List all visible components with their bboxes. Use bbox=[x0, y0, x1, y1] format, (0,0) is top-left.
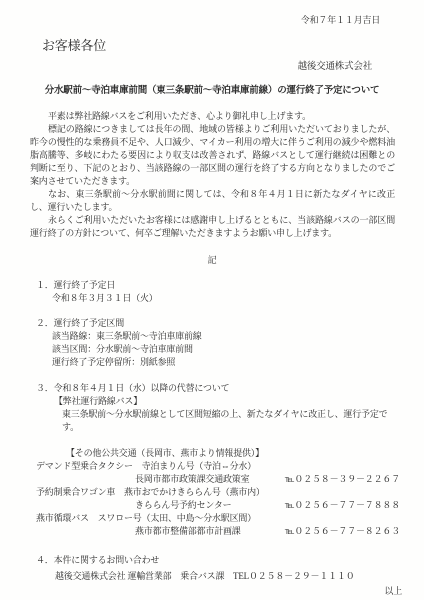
doc-date: 令和７年１１月吉日 bbox=[0, 0, 424, 27]
paragraph-thanks: 永らくご利用いただいたお客様には感謝申し上げるとともに、当該路線バスの一部区間運… bbox=[30, 214, 395, 240]
provider-service: 燕市循環バス スワロー号（太田、中島～分水駅区間） bbox=[36, 512, 400, 525]
closing-mark: 以上 bbox=[0, 585, 424, 598]
provider-office: 燕市都市整備部都市計画課 bbox=[135, 525, 241, 538]
provider-service: 予約制乗合ワゴン車 燕市おでかけきららん号（燕市内） bbox=[36, 486, 400, 499]
provider-service: デマンド型乗合タクシー 寺泊まりん号（寺泊⇔分水） bbox=[36, 460, 400, 473]
record-marker: 記 bbox=[0, 254, 424, 267]
notice-document: 令和７年１１月吉日 お客様各位 越後交通株式会社 分水駅前～寺泊車庫前間（東三条… bbox=[0, 0, 424, 600]
provider-phone: ℡０２５６－７７－８２６３ bbox=[285, 525, 400, 538]
section-2-heading: ２．運行終了予定区間 bbox=[36, 317, 400, 330]
target-segment-line: 該当区間：分水駅前～寺泊車庫前間 bbox=[52, 343, 400, 356]
section-alternatives: ３．令和８年４月１日（水）以降の代替について 【弊社運行路線バス】 東三条駅前～… bbox=[36, 382, 400, 538]
doc-title: 分水駅前～寺泊車庫前間（東三条駅前～寺泊車庫前線）の運行終了予定について bbox=[0, 85, 424, 98]
other-transit-block: 【その他公共交通（長岡市、燕市より情報提供）】 デマンド型乗合タクシー 寺泊まり… bbox=[36, 447, 400, 538]
provider-phone: ℡０２５８－３９－２２６７ bbox=[285, 473, 400, 486]
provider-office: 長岡市都市政策課交通政策室 bbox=[135, 473, 249, 486]
provider-contact-row: 長岡市都市政策課交通政策室 ℡０２５８－３９－２２６７ bbox=[135, 473, 400, 486]
provider-contact-row: きららん号予約センター ℡０２５６－７７－７８８８ bbox=[135, 499, 400, 512]
other-transit-label: 【その他公共交通（長岡市、燕市より情報提供）】 bbox=[66, 447, 400, 460]
section-inquiries: ４．本件に関するお問い合わせ 越後交通株式会社 運輸営業部 乗合バス課 TEL０… bbox=[36, 554, 400, 583]
doc-body: 平素は弊社路線バスをご利用いただき、心より御礼申し上げます。 標記の路線につきま… bbox=[30, 110, 395, 240]
paragraph-reason: 標記の路線につきましては長年の間、地域の皆様よりご利用いただいておりましたが、昨… bbox=[30, 123, 395, 188]
section-4-heading: ４．本件に関するお問い合わせ bbox=[36, 554, 400, 567]
paragraph-revision-note: なお、東三条駅前～分水駅前間に関しては、令和８年４月１日に新たなダイヤに改正し、… bbox=[30, 188, 395, 214]
sender-company: 越後交通株式会社 bbox=[0, 61, 424, 74]
section-3-heading: ３．令和８年４月１日（水）以降の代替について bbox=[36, 382, 400, 395]
section-end-segment: ２．運行終了予定区間 該当路線：東三条駅前～寺泊車庫前線 該当区間：分水駅前～寺… bbox=[36, 317, 400, 369]
end-date-value: 令和８年３月３１日（火） bbox=[52, 292, 400, 305]
provider-phone: ℡０２５６－７７－７８８８ bbox=[285, 499, 400, 512]
section-1-heading: １．運行終了予定日 bbox=[36, 279, 400, 292]
provider-contact-row: 燕市都市整備部都市計画課 ℡０２５６－７７－８２６３ bbox=[135, 525, 400, 538]
section-end-date: １．運行終了予定日 令和８年３月３１日（火） bbox=[36, 279, 400, 305]
own-bus-text: 東三条駅前～分水駅前線として区間短縮の上、新たなダイヤに改正し、運行予定です。 bbox=[62, 408, 400, 434]
own-bus-label: 【弊社運行路線バス】 bbox=[54, 395, 400, 408]
provider-office: きららん号予約センター bbox=[135, 499, 231, 512]
target-stops-line: 運行終了予定停留所：別紙参照 bbox=[52, 356, 400, 369]
target-route-line: 該当路線：東三条駅前～寺泊車庫前線 bbox=[52, 330, 400, 343]
inquiry-contact-line: 越後交通株式会社 運輸営業部 乗合バス課 TEL０２５８－２９－１１１０ bbox=[55, 570, 400, 583]
paragraph-greeting: 平素は弊社路線バスをご利用いただき、心より御礼申し上げます。 bbox=[30, 110, 395, 123]
addressee: お客様各位 bbox=[42, 38, 424, 54]
